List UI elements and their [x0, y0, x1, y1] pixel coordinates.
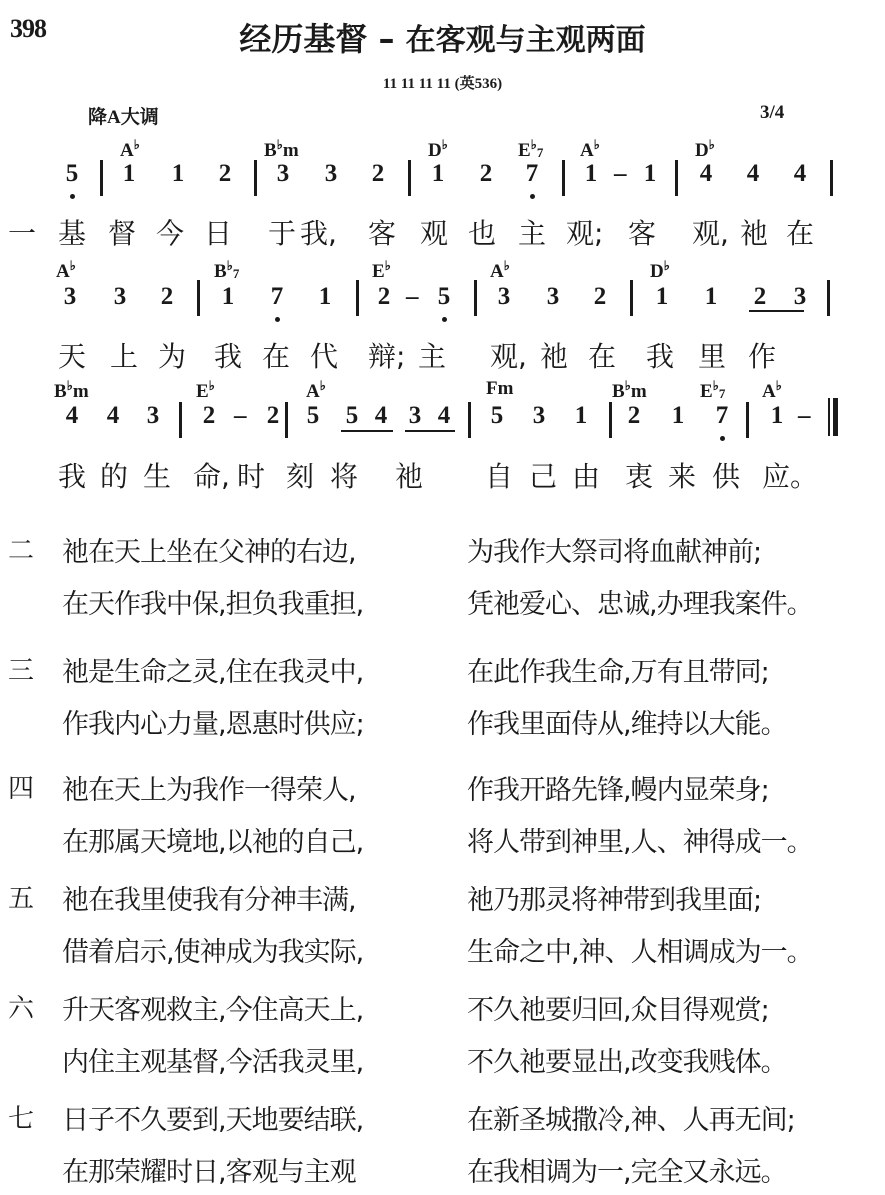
- lyric-syllable: 日: [204, 212, 232, 252]
- note: 7: [267, 283, 287, 311]
- lyric-syllable: 今: [156, 212, 184, 252]
- note: 4: [790, 160, 810, 188]
- note: 1: [640, 160, 660, 188]
- verse-line-first-half: 祂在天上为我作一得荣人,: [62, 768, 356, 807]
- tie-dash: –: [406, 283, 419, 311]
- bar-line: [100, 160, 103, 196]
- note: 1: [668, 402, 688, 430]
- note: 1: [652, 283, 672, 311]
- chord-root: B: [54, 381, 67, 402]
- time-signature: 3/4: [760, 102, 784, 124]
- chord-symbol: A♭: [762, 378, 782, 403]
- verse-line-first-half: 在那荣耀时日,客观与主观: [62, 1150, 356, 1189]
- bar-line: [675, 160, 678, 196]
- bar-line: [197, 280, 200, 316]
- chord-root: A: [56, 261, 70, 282]
- chord-symbol: A♭: [580, 137, 600, 162]
- verse-line-second-half: 不久祂要显出,改变我贱体。: [467, 1040, 787, 1079]
- note: 3: [60, 283, 80, 311]
- chord-root: D: [650, 261, 664, 282]
- bar-line: [746, 402, 749, 438]
- verse-line-second-half: 在我相调为一,完全又永远。: [467, 1150, 787, 1189]
- verse-line-second-half: 凭祂爱心、忠诚,办理我案件。: [467, 582, 813, 621]
- verse-line-second-half: 作我开路先锋,幔内显荣身;: [467, 768, 769, 807]
- note: 4: [62, 402, 82, 430]
- bar-line: [474, 280, 477, 316]
- chord-root: B: [264, 140, 277, 161]
- note: 3: [110, 283, 130, 311]
- beam-underline: [749, 310, 804, 312]
- chord-symbol: D♭: [695, 137, 715, 162]
- note: 2: [157, 283, 177, 311]
- chord-symbol: B♭m: [54, 378, 89, 403]
- lyric-syllable: 祂: [395, 455, 423, 495]
- verse-line-second-half: 在此作我生命,万有且带同;: [467, 650, 769, 689]
- chord-root: E: [518, 140, 531, 161]
- verse-line-second-half: 祂乃那灵将神带到我里面;: [467, 878, 761, 917]
- lyric-syllable: 观,: [490, 335, 527, 375]
- bar-line: [609, 402, 612, 438]
- lyric-syllable: 主: [518, 212, 546, 252]
- note: 4: [371, 402, 391, 430]
- lyric-syllable: 辩;: [368, 335, 405, 375]
- note: 3: [273, 160, 293, 188]
- chord-quality: m: [283, 140, 299, 161]
- note: 1: [701, 283, 721, 311]
- note: 5: [487, 402, 507, 430]
- verse-line-second-half: 生命之中,神、人相调成为一。: [467, 930, 813, 969]
- lyric-syllable: 观: [420, 212, 448, 252]
- chord-root: A: [306, 381, 320, 402]
- chord-quality: m: [498, 378, 514, 399]
- lyric-syllable: 将: [330, 455, 358, 495]
- verse-line-first-half: 在那属天境地,以祂的自己,: [62, 820, 363, 859]
- chord-symbol: E♭7: [518, 137, 543, 162]
- lyric-syllable: 作: [748, 335, 776, 375]
- note: 2: [590, 283, 610, 311]
- flat-icon: ♭: [776, 378, 782, 393]
- note: 2: [374, 283, 394, 311]
- beam-underline: [341, 430, 393, 432]
- chord-symbol: Fm: [486, 378, 513, 400]
- note: 3: [543, 283, 563, 311]
- hymn-title: 经历基督 – 在客观与主观两面: [0, 14, 885, 60]
- note: 1: [315, 283, 335, 311]
- lyric-syllable: 在: [786, 212, 814, 252]
- chord-symbol: A♭: [120, 137, 140, 162]
- note: 5: [303, 402, 323, 430]
- bar-line: [468, 402, 471, 438]
- note: 5: [342, 402, 362, 430]
- lyric-syllable: 的: [100, 455, 128, 495]
- beam-underline: [405, 430, 455, 432]
- note: 1: [428, 160, 448, 188]
- flat-icon: ♭: [209, 378, 215, 393]
- chord-symbol: E♭: [196, 378, 215, 403]
- chord-root: B: [214, 261, 227, 282]
- lyric-syllable: 己: [529, 455, 557, 495]
- lyric-syllable: 来: [668, 455, 696, 495]
- lyric-syllable: 观,: [692, 212, 729, 252]
- flat-icon: ♭: [70, 258, 76, 273]
- lyric-syllable: 于: [268, 212, 296, 252]
- note: 4: [743, 160, 763, 188]
- note: 3: [321, 160, 341, 188]
- verse-number: 六: [8, 988, 34, 1025]
- lyric-syllable: 我: [214, 335, 242, 375]
- chord-symbol: E♭: [372, 258, 391, 283]
- chord-root: A: [762, 381, 776, 402]
- verse-line-first-half: 升天客观救主,今住高天上,: [62, 988, 363, 1027]
- chord-symbol: D♭: [650, 258, 670, 283]
- bar-line: [828, 398, 830, 436]
- lyric-syllable: 我,: [300, 212, 337, 252]
- verse-number: 五: [8, 878, 34, 915]
- tie-dash: –: [614, 160, 627, 188]
- lyric-syllable: 刻: [286, 455, 314, 495]
- flat-icon: ♭: [594, 137, 600, 152]
- lyric-syllable: 自: [485, 455, 513, 495]
- lyric-syllable: 应。: [762, 455, 818, 495]
- lyric-syllable: 由: [572, 455, 600, 495]
- flat-icon: ♭: [504, 258, 510, 273]
- note: 2: [263, 402, 283, 430]
- lyric-syllable: 祂: [740, 212, 768, 252]
- note: 1: [581, 160, 601, 188]
- verse-line-second-half: 不久祂要归回,众目得观赏;: [467, 988, 769, 1027]
- note: 1: [119, 160, 139, 188]
- chord-root: B: [612, 381, 625, 402]
- chord-root: D: [428, 140, 442, 161]
- note: 2: [624, 402, 644, 430]
- chord-symbol: B♭m: [264, 137, 299, 162]
- note: 5: [434, 283, 454, 311]
- bar-line: [827, 280, 830, 316]
- chord-root: A: [120, 140, 134, 161]
- flat-icon: ♭: [134, 137, 140, 152]
- note: 2: [476, 160, 496, 188]
- note: 7: [712, 402, 732, 430]
- note: 7: [522, 160, 542, 188]
- flat-icon: ♭: [320, 378, 326, 393]
- chord-quality: m: [73, 381, 89, 402]
- bar-line: [830, 160, 833, 196]
- note: 1: [767, 402, 787, 430]
- note: 4: [434, 402, 454, 430]
- verse-number: 四: [8, 768, 34, 805]
- chord-root: A: [580, 140, 594, 161]
- verse-line-first-half: 祂在我里使我有分神丰满,: [62, 878, 356, 917]
- bar-line: [285, 402, 288, 438]
- chord-root: A: [490, 261, 504, 282]
- chord-symbol: D♭: [428, 137, 448, 162]
- title-dash: –: [367, 20, 405, 58]
- bar-line: [356, 280, 359, 316]
- lyric-syllable: 我: [646, 335, 674, 375]
- chord-seventh: 7: [537, 145, 544, 160]
- note: 2: [368, 160, 388, 188]
- chord-root: E: [196, 381, 209, 402]
- chord-root: F: [486, 378, 498, 399]
- verse-line-second-half: 为我作大祭司将血献神前;: [467, 530, 761, 569]
- flat-icon: ♭: [664, 258, 670, 273]
- lyric-syllable: 生: [143, 455, 171, 495]
- verse-line-first-half: 借着启示,使神成为我实际,: [62, 930, 363, 969]
- chord-symbol: E♭7: [700, 378, 725, 403]
- verse-line-second-half: 作我里面侍从,维持以大能。: [467, 702, 787, 741]
- note: 4: [696, 160, 716, 188]
- note: 5: [62, 160, 82, 188]
- verse-line-first-half: 在天作我中保,担负我重担,: [62, 582, 363, 621]
- flat-icon: ♭: [709, 137, 715, 152]
- lyric-syllable: 上: [110, 335, 138, 375]
- lyric-syllable: 基: [58, 212, 86, 252]
- verse-line-first-half: 祂是生命之灵,住在我灵中,: [62, 650, 363, 689]
- note: 4: [103, 402, 123, 430]
- lyric-syllable: 代: [310, 335, 338, 375]
- note: 3: [494, 283, 514, 311]
- verse-line-first-half: 日子不久要到,天地要结联,: [62, 1098, 363, 1137]
- verse-number: 二: [8, 530, 34, 567]
- bar-line: [254, 160, 257, 196]
- chord-seventh: 7: [719, 386, 726, 401]
- chord-symbol: B♭m: [612, 378, 647, 403]
- flat-icon: ♭: [385, 258, 391, 273]
- lyric-syllable: 也: [468, 212, 496, 252]
- verse-line-first-half: 作我内心力量,恩惠时供应;: [62, 702, 364, 741]
- bar-line: [408, 160, 411, 196]
- lyric-syllable: 客: [628, 212, 656, 252]
- chord-symbol: A♭: [56, 258, 76, 283]
- lyric-syllable: 在: [262, 335, 290, 375]
- title-main: 经历基督: [239, 20, 367, 58]
- lyric-syllable: 供: [712, 455, 740, 495]
- key-signature: 降A大调: [88, 102, 159, 129]
- note: 3: [143, 402, 163, 430]
- note: 1: [168, 160, 188, 188]
- verse-number: 三: [8, 650, 34, 687]
- lyric-syllable: 在: [588, 335, 616, 375]
- lyric-syllable: 为: [158, 335, 186, 375]
- chord-symbol: B♭7: [214, 258, 239, 283]
- verse-line-first-half: 内住主观基督,今活我灵里,: [62, 1040, 363, 1079]
- chord-root: D: [695, 140, 709, 161]
- lyric-syllable: 督: [108, 212, 136, 252]
- note: 3: [790, 283, 810, 311]
- note: 1: [571, 402, 591, 430]
- chord-quality: m: [631, 381, 647, 402]
- chord-symbol: A♭: [306, 378, 326, 403]
- lyric-syllable: 命,: [193, 455, 230, 495]
- chord-root: E: [700, 381, 713, 402]
- lyric-syllable: 时: [237, 455, 265, 495]
- lyric-syllable: 主: [418, 335, 446, 375]
- note: 3: [405, 402, 425, 430]
- tie-dash: –: [798, 402, 811, 430]
- flat-icon: ♭: [442, 137, 448, 152]
- lyric-syllable: 客: [368, 212, 396, 252]
- bar-line: [630, 280, 633, 316]
- lyric-syllable: 观;: [566, 212, 603, 252]
- title-sub: 在客观与主观两面: [406, 23, 646, 58]
- lyric-syllable: 天: [58, 335, 86, 375]
- bar-line: [179, 402, 182, 438]
- tie-dash: –: [234, 402, 247, 430]
- note: 2: [199, 402, 219, 430]
- verse-number-1: 一: [8, 212, 36, 252]
- note: 2: [750, 283, 770, 311]
- lyric-syllable: 里: [698, 335, 726, 375]
- verse-line-second-half: 在新圣城撒冷,神、人再无间;: [467, 1098, 795, 1137]
- verse-number: 七: [8, 1098, 34, 1135]
- note: 2: [215, 160, 235, 188]
- lyric-syllable: 祂: [540, 335, 568, 375]
- lyric-syllable: 衷: [625, 455, 653, 495]
- verse-line-second-half: 将人带到神里,人、神得成一。: [467, 820, 813, 859]
- note: 1: [218, 283, 238, 311]
- chord-root: E: [372, 261, 385, 282]
- note: 3: [529, 402, 549, 430]
- bar-line: [833, 398, 838, 436]
- verse-line-first-half: 祂在天上坐在父神的右边,: [62, 530, 356, 569]
- chord-seventh: 7: [233, 266, 240, 281]
- chord-symbol: A♭: [490, 258, 510, 283]
- lyric-syllable: 我: [58, 455, 86, 495]
- bar-line: [562, 160, 565, 196]
- meter: 11 11 11 11 (英536): [0, 72, 885, 93]
